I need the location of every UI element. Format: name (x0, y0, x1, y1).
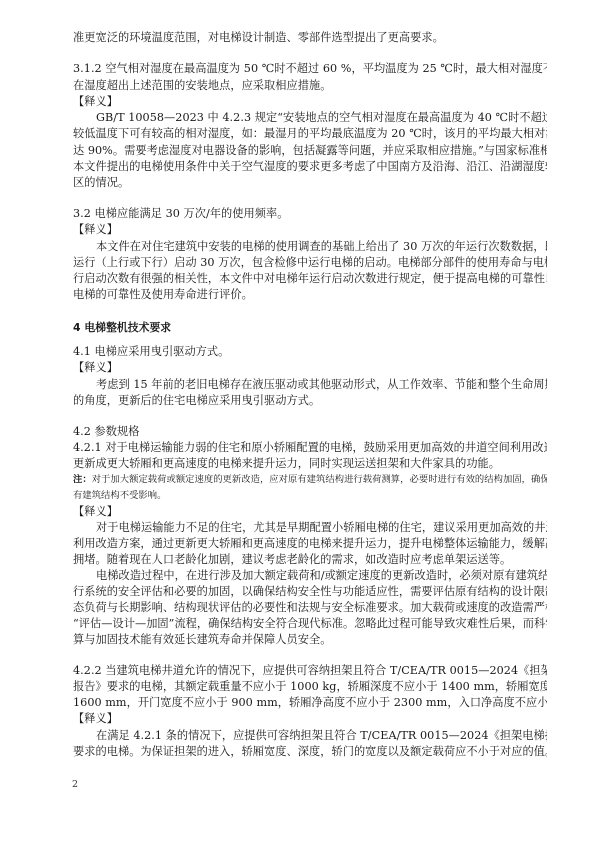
line-text: 行系统的安全评估和必要的加固，以确保结构安全性与功能适应性，需要评估原有结构的设… (73, 585, 547, 598)
line-text: 电梯改造过程中，在进行涉及加大额定载荷和/或额定速度的更新改造时，必须对原有建筑… (96, 569, 547, 582)
text-line: 的角度，更新后的住宅电梯应采用曳引驱动方式。 (73, 394, 547, 408)
line-text: 的角度，更新后的住宅电梯应采用曳引驱动方式。 (73, 394, 320, 407)
note-label: 注： (73, 474, 92, 485)
line-text: 要求的电梯。为保证担架的进入，轿厢宽度、深度，轿门的宽度以及额定载荷应不小于对应… (73, 745, 547, 758)
line-text: 拥堵。随着现在人口老龄化加剧，建议考虑老龄化的需求，如改造时应考虑单架运送等。 (73, 553, 511, 566)
line-text: 准更宽泛的环境温度范围，对电梯设计制造、零部件选型提出了更高要求。 (73, 31, 444, 44)
text-line: 本文件提出的电梯使用条件中关于空气湿度的要求更多考虑了中国南方及沿海、沿江、沿湖… (73, 160, 547, 174)
line-text: 对于电梯运输能力不足的住宅，尤其是早期配置小轿厢电梯的住宅，建议采用更加高效的井… (96, 521, 547, 534)
line-text: 对于加大额定载荷或额定速度的更新改造，应对原有建筑结构进行载荷测算，必要时进行有… (92, 474, 547, 485)
text-line: 报告》要求的电梯，其额定载重量不应小于 1000 kg，轿厢深度不应小于 140… (73, 680, 547, 694)
text-line: 在满足 4.2.1 条的情况下，应提供可容纳担架且符合 T/CEA/TR 001… (96, 729, 547, 743)
line-text: 4.1 电梯应采用曳引驱动方式。 (73, 345, 229, 358)
text-line: GB/T 10058—2023 中 4.2.3 规定“安装地点的空气相对湿度在最… (96, 111, 547, 125)
line-text: 较低温度下可有较高的相对湿度，如：最湿月的平均最底温度为 20 ℃时，该月的平均… (73, 127, 547, 140)
line-text: “评估—设计—加固”流程，确保结构安全符合现代标准。忽略此过程可能导致灾难性后果… (73, 617, 547, 630)
line-text: 【释义】 (73, 223, 118, 236)
line-text: 【释义】 (73, 361, 118, 374)
line-text: 运行（上行或下行）启动 30 万次，包含检修中运行电梯的启动。电梯部分部件的使用… (73, 256, 547, 269)
line-text: 4.2.1 对于电梯运输能力弱的住宅和原小轿厢配置的电梯，鼓励采用更加高效的井道… (73, 441, 547, 454)
line-text: 在满足 4.2.1 条的情况下，应提供可容纳担架且符合 T/CEA/TR 001… (96, 729, 547, 742)
line-text: 考虑到 15 年前的老旧电梯存在液压驱动或其他驱动形式，从工作效率、节能和整个生… (96, 378, 547, 391)
text-line: 利用改造方案，通过更新更大轿厢和更高速度的电梯来提升运力，提升电梯整体运输能力，… (73, 537, 547, 551)
text-line: 【释义】 (73, 505, 547, 519)
note-line: 有建筑结构不受影响。 (73, 489, 547, 503)
text-line: 电梯的可靠性及使用寿命进行评价。 (73, 288, 547, 302)
note-line: 注：对于加大额定载荷或额定速度的更新改造，应对原有建筑结构进行载荷测算，必要时进… (73, 473, 547, 487)
line-text: GB/T 10058—2023 中 4.2.3 规定“安装地点的空气相对湿度在最… (96, 111, 547, 124)
text-line: 达 90%。需要考虑湿度对电器设备的影响，包括凝露等问题，并应采取相应措施。”与… (73, 144, 547, 158)
text-line: 更新成更大轿厢和更高速度的电梯来提升运力，同时实现运送担架和大件家具的功能。 (73, 457, 547, 471)
text-line: 【释义】 (73, 223, 547, 237)
text-line: “评估—设计—加固”流程，确保结构安全符合现代标准。忽略此过程可能导致灾难性后果… (73, 617, 547, 631)
text-line: 4.2 参数规格 (73, 425, 547, 439)
line-text: 4 电梯整机技术要求 (73, 321, 171, 334)
text-line: 电梯改造过程中，在进行涉及加大额定载荷和/或额定速度的更新改造时，必须对原有建筑… (96, 569, 547, 583)
line-text: 达 90%。需要考虑湿度对电器设备的影响，包括凝露等问题，并应采取相应措施。”与… (73, 144, 547, 157)
line-text: 报告》要求的电梯，其额定载重量不应小于 1000 kg，轿厢深度不应小于 140… (73, 680, 547, 693)
text-line: 4.1 电梯应采用曳引驱动方式。 (73, 345, 547, 359)
line-text: 行启动次数有很强的相关性，本文件中对电梯年运行启动次数进行规定，便于提高电梯的可… (73, 272, 547, 285)
line-text: 【释义】 (73, 505, 118, 518)
line-text: 本文件在对住宅建筑中安装的电梯的使用调查的基础上给出了 30 万次的年运行次数数… (96, 240, 547, 253)
text-line: 要求的电梯。为保证担架的进入，轿厢宽度、深度，轿门的宽度以及额定载荷应不小于对应… (73, 745, 547, 759)
line-text: 在湿度超出上述范围的安装地点，应采取相应措施。 (73, 79, 331, 92)
line-text: 算与加固技术能有效延长建筑寿命并保障人员安全。 (73, 633, 331, 646)
text-line: 态负荷与长期影响、结构现状评估的必要性和法规与安全标准要求。加大载荷或速度的改造… (73, 601, 547, 615)
line-text: 3.2 电梯应能满足 30 万次/年的使用频率。 (73, 207, 288, 220)
text-line: 【释义】 (73, 361, 547, 375)
line-text: 有建筑结构不受影响。 (73, 490, 166, 501)
section-heading: 4 电梯整机技术要求 (73, 321, 547, 335)
line-text: 【释义】 (73, 95, 118, 108)
text-line: 4.2.1 对于电梯运输能力弱的住宅和原小轿厢配置的电梯，鼓励采用更加高效的井道… (73, 441, 547, 455)
line-text: 利用改造方案，通过更新更大轿厢和更高速度的电梯来提升运力，提升电梯整体运输能力，… (73, 537, 547, 550)
text-line: 在湿度超出上述范围的安装地点，应采取相应措施。 (73, 79, 547, 93)
line-text: 态负荷与长期影响、结构现状评估的必要性和法规与安全标准要求。加大载荷或速度的改造… (73, 601, 547, 614)
line-text: 4.2 参数规格 (73, 425, 140, 438)
text-line: 行启动次数有很强的相关性，本文件中对电梯年运行启动次数进行规定，便于提高电梯的可… (73, 272, 547, 286)
line-text: 3.1.2 空气相对湿度在最高温度为 50 ℃时不超过 60 %，平均温度为 2… (73, 62, 547, 75)
document-page: 准更宽泛的环境温度范围，对电梯设计制造、零部件选型提出了更高要求。3.1.2 空… (0, 0, 600, 848)
text-line: 3.2 电梯应能满足 30 万次/年的使用频率。 (73, 207, 547, 221)
text-line: 4.2.2 当建筑电梯井道允许的情况下，应提供可容纳担架且符合 T/CEA/TR… (73, 664, 547, 678)
line-text: 区的情况。 (73, 176, 129, 189)
line-text: 本文件提出的电梯使用条件中关于空气湿度的要求更多考虑了中国南方及沿海、沿江、沿湖… (73, 160, 547, 173)
text-line: 拥堵。随着现在人口老龄化加剧，建议考虑老龄化的需求，如改造时应考虑单架运送等。 (73, 553, 547, 567)
text-line: 对于电梯运输能力不足的住宅，尤其是早期配置小轿厢电梯的住宅，建议采用更加高效的井… (96, 521, 547, 535)
text-line: 运行（上行或下行）启动 30 万次，包含检修中运行电梯的启动。电梯部分部件的使用… (73, 256, 547, 270)
line-text: 电梯的可靠性及使用寿命进行评价。 (73, 288, 253, 301)
text-line: 准更宽泛的环境温度范围，对电梯设计制造、零部件选型提出了更高要求。 (73, 31, 547, 45)
line-text: 【释义】 (73, 712, 118, 725)
text-line: 1600 mm，开门宽度不应小于 900 mm，轿厢净高度不应小于 2300 m… (73, 696, 547, 710)
text-line: 区的情况。 (73, 176, 547, 190)
page-number: 2 (72, 779, 78, 790)
text-line: 行系统的安全评估和必要的加固，以确保结构安全性与功能适应性，需要评估原有结构的设… (73, 585, 547, 599)
text-line: 较低温度下可有较高的相对湿度，如：最湿月的平均最底温度为 20 ℃时，该月的平均… (73, 127, 547, 141)
text-line: 本文件在对住宅建筑中安装的电梯的使用调查的基础上给出了 30 万次的年运行次数数… (96, 240, 547, 254)
text-line: 3.1.2 空气相对湿度在最高温度为 50 ℃时不超过 60 %，平均温度为 2… (73, 62, 547, 76)
line-text: 4.2.2 当建筑电梯井道允许的情况下，应提供可容纳担架且符合 T/CEA/TR… (73, 664, 547, 677)
line-text: 1600 mm，开门宽度不应小于 900 mm，轿厢净高度不应小于 2300 m… (73, 696, 547, 709)
text-line: 【释义】 (73, 95, 547, 109)
text-line: 考虑到 15 年前的老旧电梯存在液压驱动或其他驱动形式，从工作效率、节能和整个生… (96, 378, 547, 392)
text-line: 【释义】 (73, 712, 547, 726)
line-text: 更新成更大轿厢和更高速度的电梯来提升运力，同时实现运送担架和大件家具的功能。 (73, 457, 500, 470)
text-line: 算与加固技术能有效延长建筑寿命并保障人员安全。 (73, 633, 547, 647)
